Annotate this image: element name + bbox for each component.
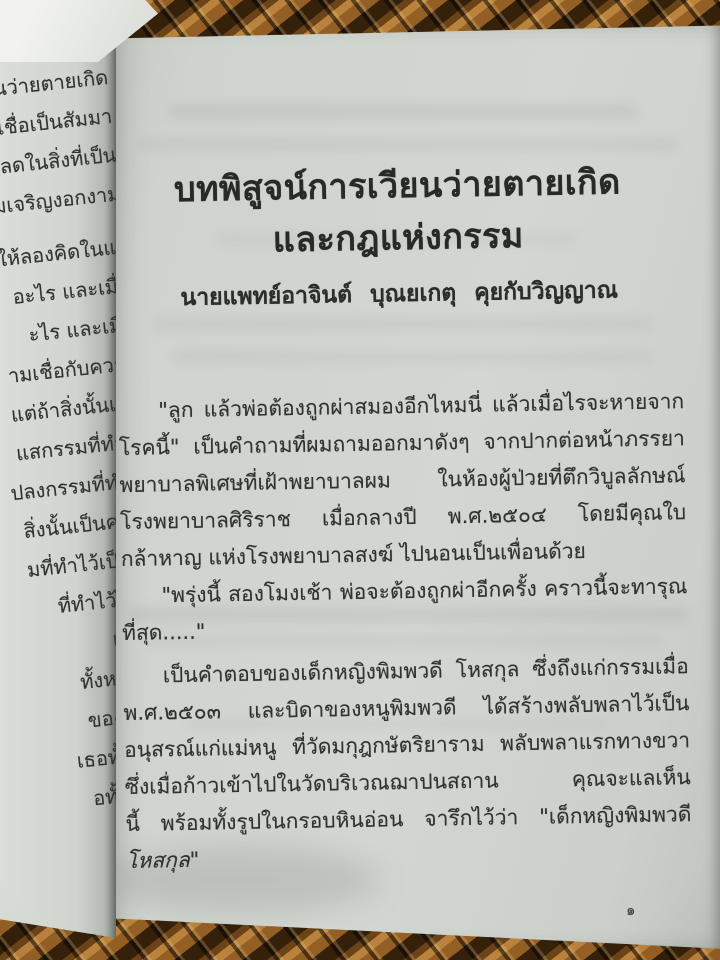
page-number: ๑ [626,898,636,922]
left-page: ยนว่ายตายเกิดเชื่อเป็นสัมมายลดในสิ่งที่เ… [0,0,116,938]
chapter-title-line-2: และกฎแห่งกรรม [115,207,682,269]
chapter-title-line-1: บทพิสูจน์การเวียนว่ายตายเกิด [114,155,681,217]
paragraph: เป็นคำตอบของเด็กหญิงพิมพวดี โหสกุล ซึ่งถ… [123,648,693,880]
right-page: บทพิสูจน์การเวียนว่ายตายเกิด และกฎแห่งกร… [98,18,720,960]
paragraph: "พรุ่งนี้ สองโมงเช้า พ่อจะต้องถูกผ่าอีกค… [121,568,688,652]
book-photo: บทพิสูจน์การเวียนว่ายตายเกิด และกฎแห่งกร… [0,0,720,960]
paragraph: "ลูก แล้วพ่อต้องถูกผ่าสมองอีกไหมนี่ แล้ว… [118,383,687,578]
chapter-byline: นายแพทย์อาจินต์ บุณยเกตุ คุยกับวิญญาณ [116,271,683,317]
paragraphs: "ลูก แล้วพ่อต้องถูกผ่าสมองอีกไหมนี่ แล้ว… [118,383,692,880]
page-content: บทพิสูจน์การเวียนว่ายตายเกิด และกฎแห่งกร… [91,13,720,960]
